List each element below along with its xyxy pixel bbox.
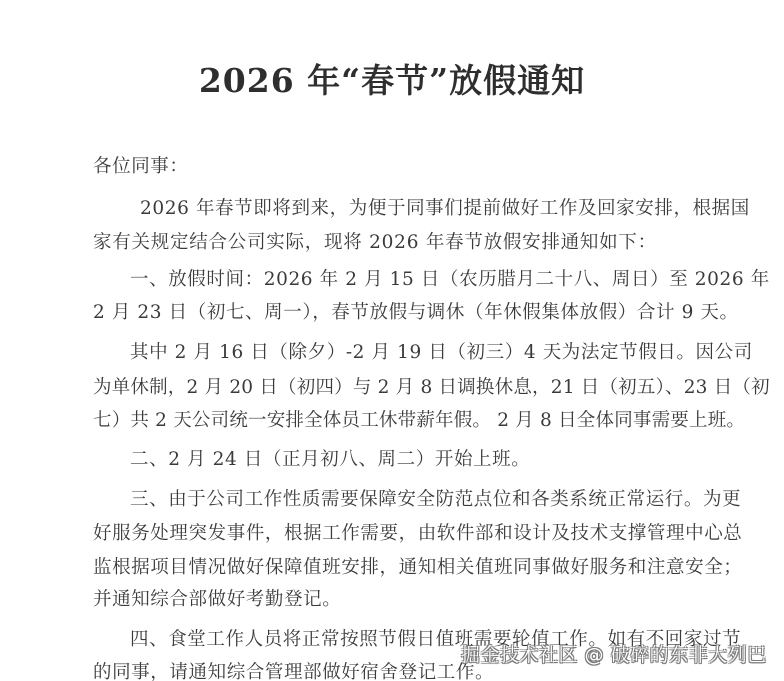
paragraph-line: 七）共 2 天公司统一安排全体员工休带薪年假。 2 月 8 日全体同事需要上班。 bbox=[93, 409, 745, 433]
paragraph-line: 并通知综合部做好考勤登记。 bbox=[93, 588, 341, 612]
paragraph-line: 二、2 月 24 日（正月初八、周二）开始上班。 bbox=[130, 448, 530, 472]
paragraph-line: 一、放假时间：2026 年 2 月 15 日（农历腊月二十八、周日）至 2026… bbox=[130, 268, 770, 292]
notice-document: 2026 年“春节”放假通知 各位同事： 2026 年春节即将到来，为便于同事们… bbox=[0, 0, 784, 681]
salutation: 各位同事： bbox=[93, 155, 189, 179]
document-title: 2026 年“春节”放假通知 bbox=[0, 55, 784, 102]
paragraph-line: 好服务处理突发事件，根据工作需要，由软件部和设计及技术支撑管理中心总 bbox=[93, 522, 742, 546]
watermark: 掘金技术社区 @ 破碎的东非大列巴 bbox=[461, 640, 767, 667]
paragraph-line: 家有关规定结合公司实际，现将 2026 年春节放假安排通知如下： bbox=[93, 231, 657, 255]
paragraph-line: 2026 年春节即将到来，为便于同事们提前做好工作及回家安排，根据国 bbox=[140, 197, 750, 221]
paragraph-line: 其中 2 月 16 日（除夕）-2 月 19 日（初三）4 天为法定节假日。因公… bbox=[130, 341, 753, 365]
paragraph-line: 监根据项目情况做好保障值班安排，通知相关值班同事做好服务和注意安全； bbox=[93, 556, 742, 580]
paragraph-line: 三、由于公司工作性质需要保障安全防范点位和各类系统正常运行。为更 bbox=[130, 488, 741, 512]
paragraph-line: 2 月 23 日（初七、周一），春节放假与调休（年休假集体放假）合计 9 天。 bbox=[93, 301, 739, 325]
paragraph-line: 为单休制，2 月 20 日（初四）与 2 月 8 日调换休息，21 日（初五）、… bbox=[93, 376, 770, 400]
paragraph-line: 的同事，请通知综合管理部做好宿舍登记工作。 bbox=[93, 661, 494, 681]
